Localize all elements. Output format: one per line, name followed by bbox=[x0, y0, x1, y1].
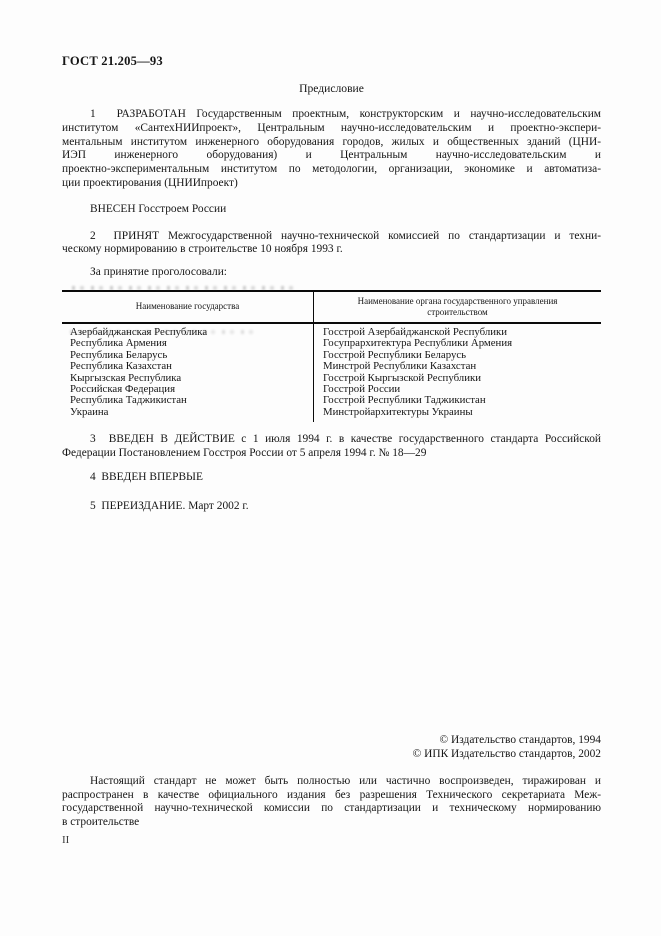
paragraph-line: За принятие проголосовали: bbox=[62, 266, 601, 280]
header-cell-country: Наименование государства bbox=[62, 292, 313, 322]
copyright-line: © ИПК Издательство стандартов, 2002 bbox=[62, 747, 601, 761]
header-cell-body: Наименование органа государственного упр… bbox=[313, 292, 601, 322]
paragraph-line: ческому нормированию в строительстве 10 … bbox=[62, 243, 601, 257]
table-cell-body: Минстрой Республики Казахстан bbox=[314, 361, 601, 372]
header-label: Наименование органа государственного упр… bbox=[350, 296, 565, 318]
page-number: II bbox=[62, 834, 601, 847]
document-page: ГОСТ 21.205—93 Предисловие 1 РАЗРАБОТАН … bbox=[0, 0, 661, 936]
header-label: Наименование государства bbox=[136, 301, 239, 312]
legal-notice: Настоящий стандарт не может быть полност… bbox=[62, 775, 601, 830]
vote-table-body: Азербайджанская Республика Республика Ар… bbox=[62, 324, 601, 422]
standard-number: ГОСТ 21.205—93 bbox=[62, 54, 601, 69]
paragraph-line: институтом «СантехНИИпроект», Центральны… bbox=[62, 122, 601, 136]
scan-artifact bbox=[70, 330, 260, 334]
submitted-by: ВНЕСЕН Госстроем России bbox=[62, 203, 601, 217]
table-cell-country: Республика Казахстан bbox=[62, 361, 313, 372]
paragraph-line: ВНЕСЕН Госстроем России bbox=[62, 203, 601, 217]
paragraph-line: проектно-экспериментальным институтом по… bbox=[62, 163, 601, 177]
paragraph-line: государственной научно-технической комис… bbox=[62, 802, 601, 816]
paragraph-line: ментальным институтом инженерного оборуд… bbox=[62, 136, 601, 150]
paragraph-line: Настоящий стандарт не может быть полност… bbox=[62, 775, 601, 789]
paragraph-line: 4 ВВЕДЕН ВПЕРВЫЕ bbox=[62, 471, 601, 485]
page-title: Предисловие bbox=[62, 81, 601, 96]
paragraph-line: ции проектирования (ЦНИИпроект) bbox=[62, 177, 601, 191]
paragraph-line: ИЭП инженерного оборудования) и Централь… bbox=[62, 149, 601, 163]
paragraph-line: распространен в качестве официального из… bbox=[62, 789, 601, 803]
paragraph-line: в строительстве bbox=[62, 816, 601, 830]
paragraph-line: 5 ПЕРЕИЗДАНИЕ. Март 2002 г. bbox=[62, 500, 601, 514]
table-cell-body: Минстройархитектуры Украины bbox=[314, 407, 601, 418]
clause-2-accepted: 2 ПРИНЯТ Межгосударственной научно-техни… bbox=[62, 230, 601, 258]
paragraph-line: Федерации Постановлением Госстроя России… bbox=[62, 447, 601, 461]
column-countries: Азербайджанская Республика Республика Ар… bbox=[62, 324, 313, 422]
paragraph-line: 1 РАЗРАБОТАН Государственным проектным, … bbox=[62, 108, 601, 122]
vote-table: Наименование государства Наименование ор… bbox=[62, 290, 601, 422]
copyright-line: © Издательство стандартов, 1994 bbox=[62, 733, 601, 747]
paragraph-line: 2 ПРИНЯТ Межгосударственной научно-техни… bbox=[62, 230, 601, 244]
clause-5-reissue: 5 ПЕРЕИЗДАНИЕ. Март 2002 г. bbox=[62, 500, 601, 514]
table-cell-country: Украина bbox=[62, 407, 313, 418]
copyright-block: © Издательство стандартов, 1994 © ИПК Из… bbox=[62, 733, 601, 762]
scan-artifact bbox=[72, 286, 297, 290]
page-content: ГОСТ 21.205—93 Предисловие 1 РАЗРАБОТАН … bbox=[62, 54, 601, 513]
column-state-bodies: Госстрой Азербайджанской Республики Госу… bbox=[313, 324, 601, 422]
vote-intro: За принятие проголосовали: bbox=[62, 266, 601, 280]
clause-3-effective-date: 3 ВВЕДЕН В ДЕЙСТВИЕ с 1 июля 1994 г. в к… bbox=[62, 433, 601, 461]
clause-1-developed-by: 1 РАЗРАБОТАН Государственным проектным, … bbox=[62, 108, 601, 191]
page-footer: © Издательство стандартов, 1994 © ИПК Из… bbox=[62, 733, 601, 847]
vote-table-header: Наименование государства Наименование ор… bbox=[62, 292, 601, 324]
paragraph-line: 3 ВВЕДЕН В ДЕЙСТВИЕ с 1 июля 1994 г. в к… bbox=[62, 433, 601, 447]
clause-4-first-edition: 4 ВВЕДЕН ВПЕРВЫЕ bbox=[62, 471, 601, 485]
